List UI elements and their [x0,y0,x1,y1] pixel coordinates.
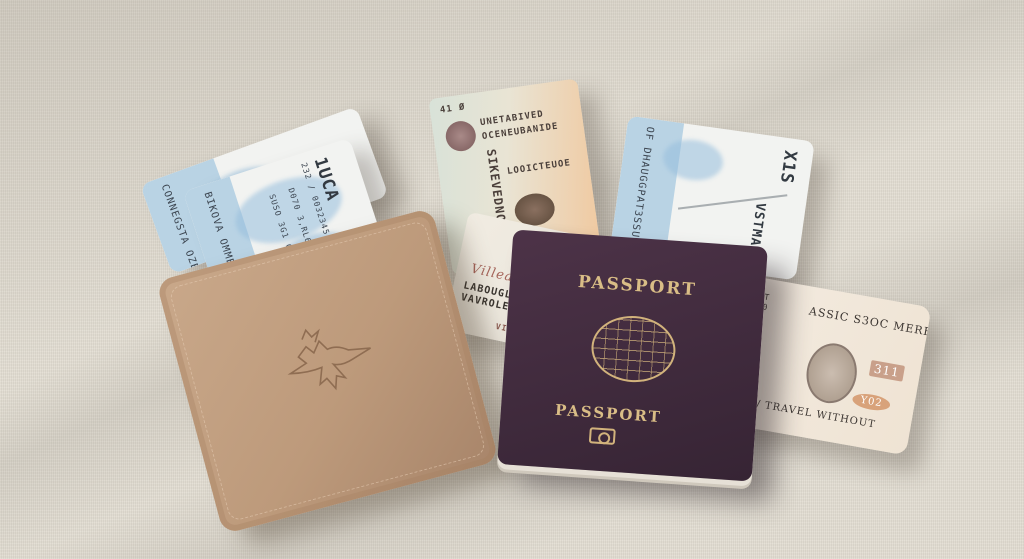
card-oval-label: Y02 [851,391,891,412]
passport-title-top: PASSPORT [509,267,765,305]
globe-emblem-icon [589,313,677,385]
passport-title-bottom: PASSPORT [461,394,757,433]
id-signature-label: LOOICTEUOE [507,158,572,177]
passport: PASSPORT PASSPORT [497,229,768,481]
ticket-code-large: X1S [776,149,800,185]
id-crest-icon [444,119,478,153]
biometric-chip-icon [589,427,616,445]
card-title: ASSIC S3OC MERETS [808,305,932,342]
card-badge-number: 311 [869,360,905,382]
id-top-code: 41 Ø [439,102,466,115]
